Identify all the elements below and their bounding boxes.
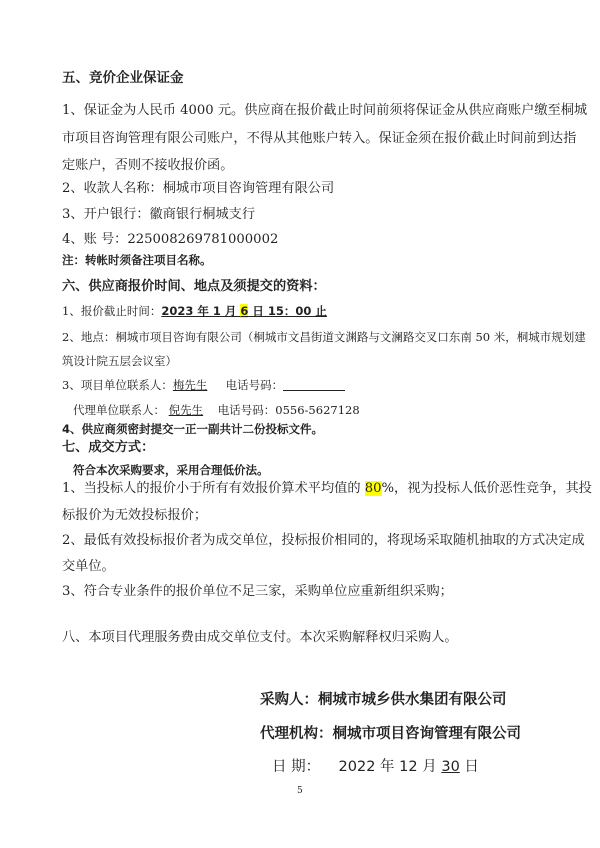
signature-date: 日 期： 2022 年 12 月 30 日	[272, 755, 479, 776]
section6-title: 六、供应商报价时间、地点及须提交的资料：	[62, 279, 326, 295]
transfer-note: 注：转帐时须备注项目名称。	[62, 252, 212, 268]
date-day: 30	[441, 759, 459, 775]
section5-item1-line3: 定账户，否则不接收报价函。	[62, 158, 233, 174]
section7-item1-line1: 1、当投标人的报价小于所有有效报价算术平均值的 80%，视为投标人低价恶性竞争，…	[62, 481, 592, 497]
percentage-highlight: 80	[365, 481, 382, 496]
deadline-value: 2023 年 1 月 6 日 15：00 止	[161, 304, 327, 318]
location-line1: 2、地点：桐城市项目咨询有限公司（桐城市文昌街道文渊路与文澜路交叉口东南 50 …	[62, 329, 586, 345]
payee-name: 2、收款人名称：桐城市项目咨询管理有限公司	[62, 181, 334, 197]
phone-blank	[283, 378, 345, 391]
agency-contact: 代理单位联系人： 倪先生 电话号码：0556-5627128	[73, 402, 360, 418]
page-number: 5	[297, 786, 303, 796]
section8-text: 八、本项目代理服务费由成交单位支付。本次采购解释权归采购人。	[62, 630, 458, 646]
bank-name: 3、开户银行：徽商银行桐城支行	[62, 207, 255, 223]
project-contact: 3、项目单位联系人：梅先生 电话号码：	[62, 377, 345, 393]
section5-item1-line2: 市项目咨询管理有限公司账户，不得从其他账户转入。保证金须在报价截止时间前到达指	[62, 131, 576, 147]
deadline: 1、报价截止时间：2023 年 1 月 6 日 15：00 止	[62, 303, 327, 319]
project-contact-name: 梅先生	[173, 378, 208, 392]
agency-signature: 代理机构：桐城市项目咨询管理有限公司	[260, 722, 521, 743]
section7-title: 七、成交方式：	[62, 440, 154, 456]
section7-item2-line1: 2、最低有效投标报价者为成交单位，投标报价相同的，将现场采取随机抽取的方式决定成	[62, 533, 585, 549]
purchaser-signature: 采购人：桐城市城乡供水集团有限公司	[260, 688, 507, 709]
agency-contact-name: 倪先生	[169, 403, 204, 417]
section7-item1-line2: 标报价为无效投标报价；	[62, 508, 207, 524]
submission-requirement: 4、供应商须密封提交一正一副共计二份投标文件。	[62, 421, 323, 437]
location-line2: 筑设计院五层会议室）	[62, 353, 177, 369]
section5-title: 五、竞价企业保证金	[62, 70, 184, 86]
evaluation-method: 符合本次采购要求，采用合理低价法。	[73, 462, 269, 478]
account-number: 4、账 号：225008269781000002	[62, 232, 278, 248]
section5-item1-line1: 1、保证金为人民币 4000 元。供应商在报价截止时间前须将保证金从供应商账户缴…	[62, 103, 587, 119]
section7-item2-line2: 交单位。	[62, 559, 115, 575]
section7-item3: 3、符合专业条件的报价单位不足三家，采购单位应重新组织采购；	[62, 584, 453, 600]
deadline-label: 1、报价截止时间：	[62, 304, 161, 318]
